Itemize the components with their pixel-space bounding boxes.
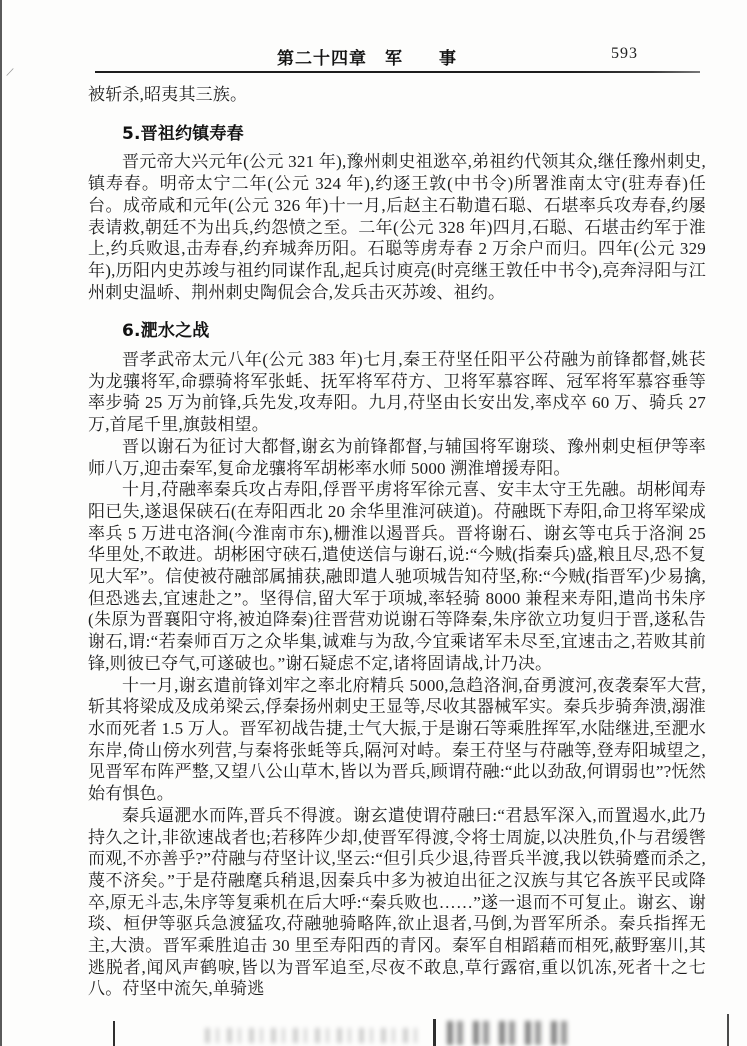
page-number: 593 [611,45,638,63]
section-5-paragraph-1: 晋元帝大兴元年(公元 321 年),豫州刺史祖逖卒,弟祖约代领其众,继任豫州刺史… [88,151,706,303]
section-6-paragraph-5: 秦兵逼淝水而阵,晋兵不得渡。谢玄遣使谓苻融曰:“君悬军深入,而置遏水,此乃持久之… [88,805,706,1000]
page-body: 被斩杀,昭夷其三族。 5.晋祖约镇寿春 晋元帝大兴元年(公元 321 年),豫州… [88,84,706,1000]
section-6-paragraph-4: 十一月,谢玄遣前锋刘牢之率北府精兵 5000,急趋洛涧,奋勇渡河,夜袭秦军大营,… [88,675,706,805]
section-heading-6: 6.淝水之战 [88,321,706,343]
continuation-paragraph: 被斩杀,昭夷其三族。 [88,84,706,106]
section-heading-5: 5.晋祖约镇寿春 [88,124,706,146]
stray-pencil-mark: ⁄ [8,66,13,79]
chapter-title: 第二十四章 军 事 [88,44,646,69]
bottom-bleedthrough-smudge [205,1028,420,1043]
scan-tick-mark [433,1019,436,1046]
section-6-paragraph-3: 十月,苻融率秦兵攻占寿阳,俘晋平虏将军徐元喜、安丰太守王先融。胡彬闻寿阳已失,遂… [88,479,706,674]
book-page: ⁄ 第二十四章 军 事 593 被斩杀,昭夷其三族。 5.晋祖约镇寿春 晋元帝大… [0,0,747,1046]
header-rule [95,71,700,73]
section-6-paragraph-1: 晋孝武帝太元八年(公元 383 年)七月,秦王苻坚任阳平公苻融为前锋都督,姚苌为… [88,349,706,436]
scan-edge-tick [727,1014,729,1046]
bottom-bleedthrough-smudge [447,1021,572,1045]
section-6-paragraph-2: 晋以谢石为征讨大都督,谢玄为前锋都督,与辅国将军谢琰、豫州刺史桓伊等率师八万,迎… [88,436,706,479]
scan-edge-artifact [0,0,2,1046]
scan-tick-mark [113,1021,115,1046]
page-header: 第二十四章 军 事 593 [88,44,706,68]
